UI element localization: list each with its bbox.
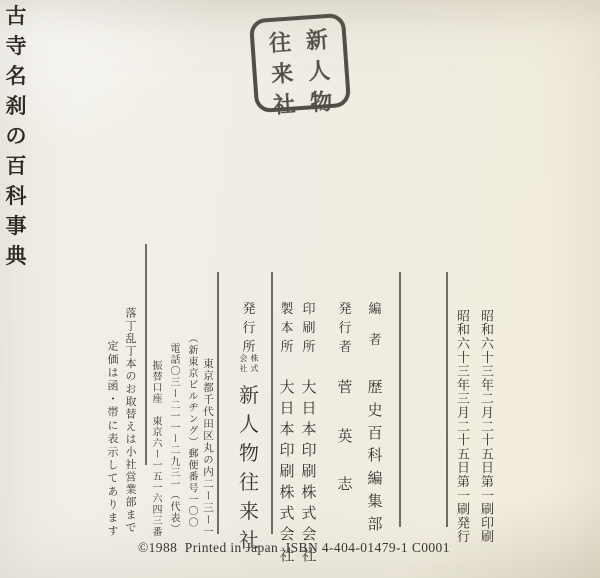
seal-right-column: 新人物 xyxy=(305,23,332,100)
entry-label: 発行者 xyxy=(338,298,351,348)
divider-rule xyxy=(271,272,273,534)
binder-entry: 製本所 大日本印刷株式会社 xyxy=(274,298,300,534)
phone-column: 電話〇三ー二一一ー二九三一（代表） xyxy=(166,343,181,535)
address-column: 東京都千代田区丸の内二ー三ー一 xyxy=(200,358,215,538)
publish-date-column: 昭和六十三年三月二十五日第一刷発行 xyxy=(453,309,472,544)
copyright-imprint-line: ©1988 Printed in Japan ISBN 4-404-01479-… xyxy=(138,540,450,556)
entry-name: 大日本印刷株式会社 xyxy=(279,376,294,534)
entry-name: 歴史百科編集部 xyxy=(367,376,382,534)
publisher-seal: 新人物 往来社 xyxy=(249,13,351,113)
book-colophon-page: 新人物 往来社 昭和六十三年二月二十五日第一刷印刷 昭和六十三年三月二十五日第一… xyxy=(0,0,600,578)
entry-label: 製本所 xyxy=(280,298,293,348)
book-title: 古寺名刹の百科事典 xyxy=(0,0,32,200)
issuer-entry: 発行者 菅英志 xyxy=(332,298,358,494)
entry-label: 編者 xyxy=(368,298,381,348)
price-note: 定価は函・帯に表示してあります xyxy=(104,340,120,538)
entry-name: 菅英志 xyxy=(337,376,352,494)
editor-entry: 編者 歴史百科編集部 xyxy=(362,298,388,534)
divider-rule xyxy=(145,244,147,465)
entry-name: 大日本印刷株式会社 xyxy=(301,376,316,534)
print-date-column: 昭和六十三年二月二十五日第一刷印刷 xyxy=(477,309,496,544)
postal-transfer-column: 振替口座 東京六ー一五一六四三番 xyxy=(148,360,163,538)
corporate-prefix: 株式 会社 xyxy=(239,354,259,373)
publisher-name: 新人物往来社 xyxy=(239,379,259,529)
divider-rule xyxy=(217,272,219,534)
divider-rule xyxy=(446,272,448,527)
seal-left-column: 往来社 xyxy=(268,26,295,103)
building-postal-column: （新東京ビルヂング）郵便番号一〇〇 xyxy=(184,333,199,529)
entry-label: 印刷所 xyxy=(302,298,315,348)
divider-rule xyxy=(399,272,401,527)
entry-label: 発行所 xyxy=(242,298,255,348)
return-policy-note: 落丁乱丁本のお取替えは小社営業部まで xyxy=(122,307,138,534)
publisher-entry: 発行所 株式 会社 新人物往来社 xyxy=(232,298,266,529)
corporate-prefix-right: 株式 xyxy=(250,354,259,373)
corporate-prefix-left: 会社 xyxy=(239,354,248,373)
